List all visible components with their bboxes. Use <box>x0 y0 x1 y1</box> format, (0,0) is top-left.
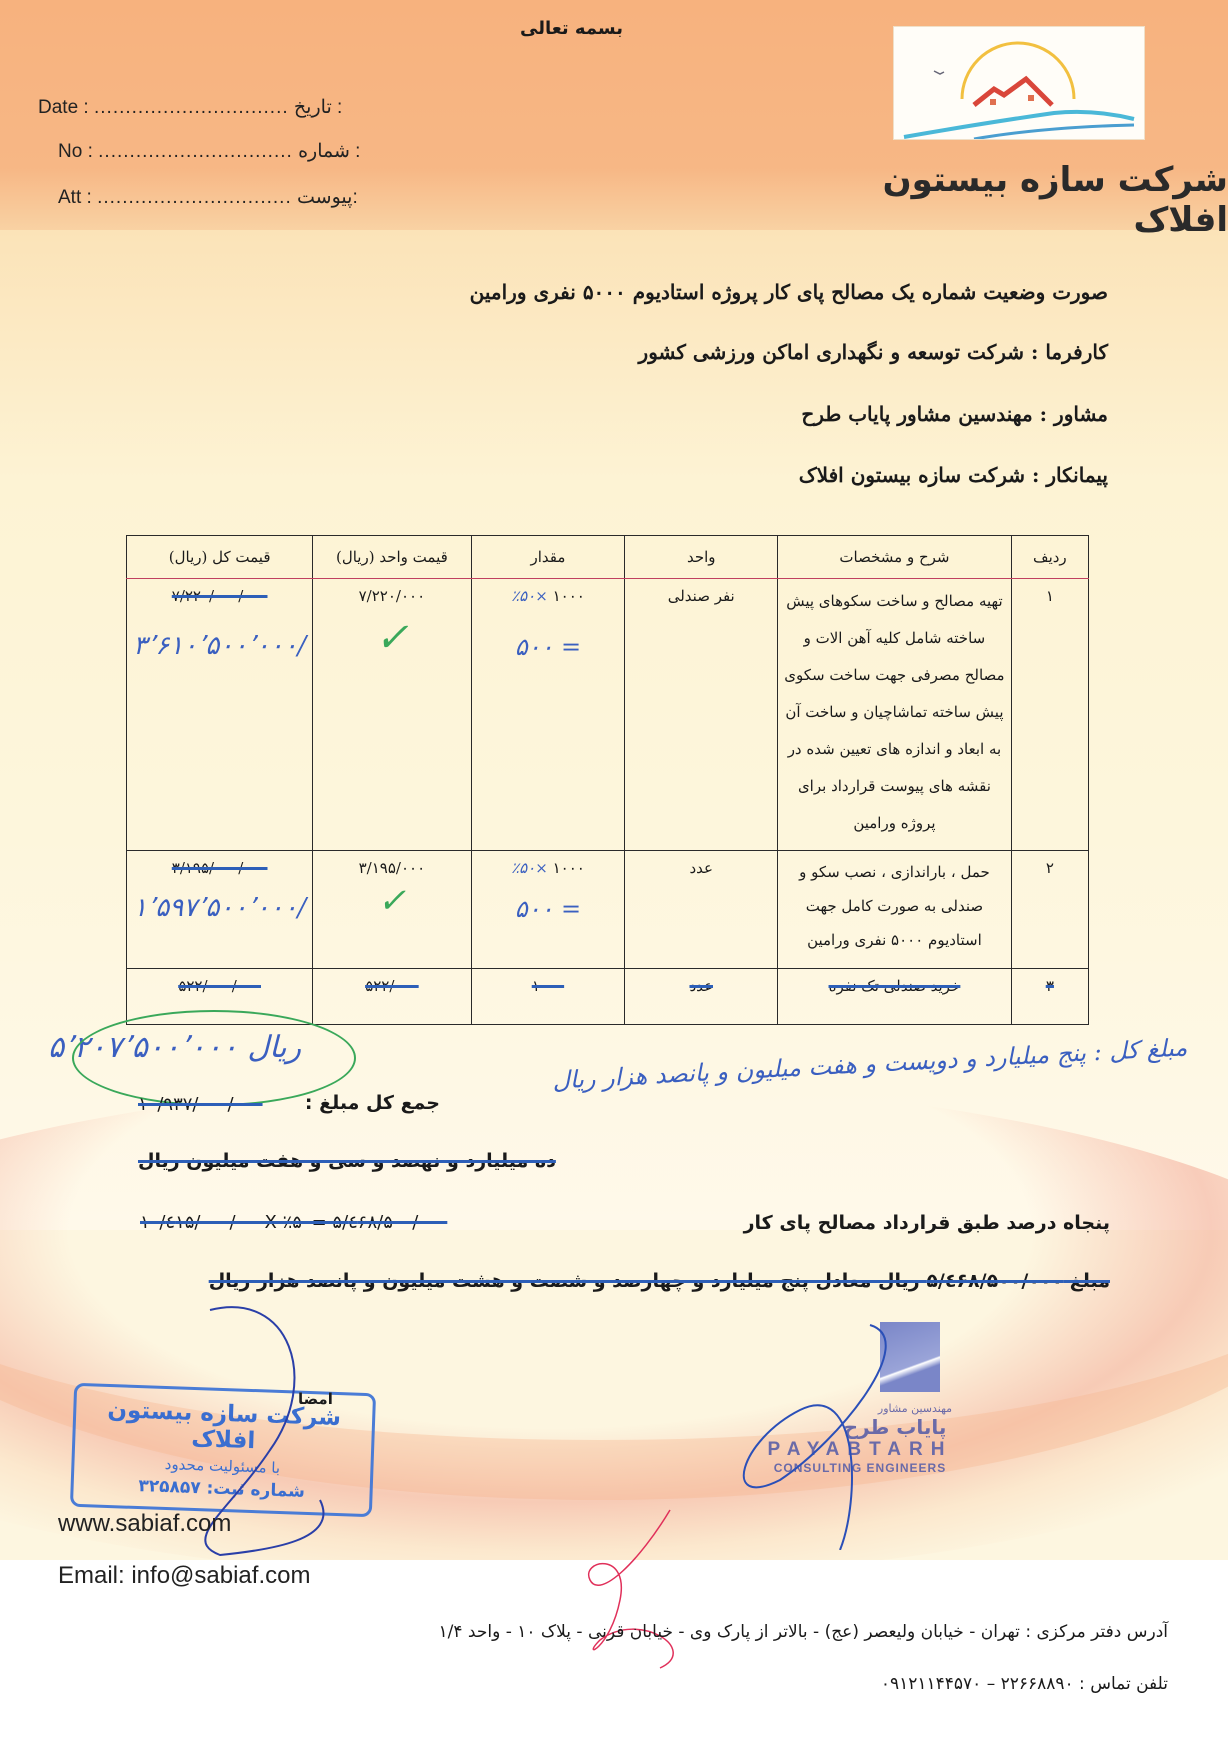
attachment-label-en: Att : <box>58 187 92 208</box>
total-price-struck: ۷/۲۲۰/۰۰۰/۰۰۰ <box>133 587 306 605</box>
contractor-line: پیمانکار : شرکت سازه بیستون افلاک <box>799 463 1108 487</box>
total-label: جمع کل مبلغ : <box>305 1092 440 1114</box>
quantity-value: ۱۰۰۰ <box>553 859 585 877</box>
total-words-struck: ده میلیارد و نهصد و سی و هفت میلیون ریال <box>138 1150 556 1172</box>
col-index: ردیف <box>1011 536 1088 579</box>
quantity-handwritten: = ۵۰۰ <box>478 633 619 661</box>
row-total-price: ۳/۱۹۵/۰۰۰/۰۰۰ ۱٬۵۹۷٬۵۰۰٬۰۰۰/ <box>127 851 313 969</box>
row-description: خرید صندلی تک نفره <box>778 969 1012 1025</box>
table-row: ۲ حمل ، باراندازی ، نصب سکو و صندلی به ص… <box>127 851 1089 969</box>
consultant-line: مشاور : مهندسین مشاور پایاب طرح <box>801 402 1108 426</box>
final-amount-struck: مبلغ ۵/٤۶۸/۵۰۰/۰۰۰ ریال معادل پنج میلیار… <box>209 1270 1110 1292</box>
calc-struck: ۱۰/٤۱۵/۰۰۰/۰۰۰X ٪۵۰= ۵/٤۶۸/۵۰۰/۰۰۰ <box>140 1212 447 1233</box>
date-label-en: Date : <box>38 97 89 118</box>
row-index: ۳ <box>1011 969 1088 1025</box>
row-unit-price: ۷/۲۲۰/۰۰۰ ✓ <box>313 579 471 851</box>
row-description: تهیه مصالح و ساخت سکوهای پیش ساخته شامل … <box>778 579 1012 851</box>
row-description: حمل ، باراندازی ، نصب سکو و صندلی به صور… <box>778 851 1012 969</box>
company-name: شرکت سازه بیستون افلاک <box>820 160 1228 240</box>
date-dots: ............................... <box>94 97 289 118</box>
total-value-struck: ۱۰/۹۳۷/۰۰۰/۰۰۰ <box>138 1094 263 1115</box>
row-unit: نفر صندلی <box>625 579 778 851</box>
company-logo <box>893 26 1145 140</box>
row-unit: عدد <box>625 851 778 969</box>
col-quantity: مقدار <box>471 536 625 579</box>
row-unit-price: ۵۲۲/۰۰۰ <box>313 969 471 1025</box>
total-handwritten: ۱٬۵۹۷٬۵۰۰٬۰۰۰/ <box>133 893 306 923</box>
items-table: ردیف شرح و مشخصات واحد مقدار قیمت واحد (… <box>126 535 1089 1025</box>
col-unit-price: قیمت واحد (ریال) <box>313 536 471 579</box>
table-header-row: ردیف شرح و مشخصات واحد مقدار قیمت واحد (… <box>127 536 1089 579</box>
row-quantity: ۱۰۰۰ ×٪۵۰ = ۵۰۰ <box>471 851 625 969</box>
unit-price-value: ۷/۲۲۰/۰۰۰ <box>319 587 464 605</box>
row-total-price: ۷/۲۲۰/۰۰۰/۰۰۰ ۳٬۶۱۰٬۵۰۰٬۰۰۰/ <box>127 579 313 851</box>
quantity-handwritten: = ۵۰۰ <box>478 895 619 923</box>
total-price-struck: ۳/۱۹۵/۰۰۰/۰۰۰ <box>133 859 306 877</box>
bismillah: بسمه تعالی <box>520 18 623 39</box>
attachment-label-fa: پیوست: <box>297 187 358 208</box>
table-row: ۱ تهیه مصالح و ساخت سکوهای پیش ساخته شام… <box>127 579 1089 851</box>
total-handwritten: ۳٬۶۱۰٬۵۰۰٬۰۰۰/ <box>133 631 306 661</box>
date-field: Date : ............................... ت… <box>38 96 342 119</box>
number-label-fa: شماره : <box>298 141 360 162</box>
row-unit: عدد <box>625 969 778 1025</box>
contact-phone: تلفن تماس : ۲۲۶۶۸۸۹۰ – ۰۹۱۲۱۱۴۴۵۷۰ <box>881 1674 1168 1694</box>
email-link[interactable]: Email: info@sabiaf.com <box>58 1562 310 1590</box>
date-label-fa: تاریخ : <box>294 97 342 118</box>
row-quantity: ۱۰۰۰ <box>471 969 625 1025</box>
quantity-note: ×٪۵۰ <box>511 587 548 605</box>
number-label-en: No : <box>58 141 93 162</box>
check-mark-icon: ✓ <box>319 881 464 921</box>
document-title: صورت وضعیت شماره یک مصالح پای کار پروژه … <box>470 280 1108 304</box>
quantity-note: ×٪۵۰ <box>511 859 548 877</box>
consultant-signature-icon <box>720 1320 920 1550</box>
website-link[interactable]: www.sabiaf.com <box>58 1510 231 1538</box>
quantity-value: ۱۰۰۰ <box>553 587 585 605</box>
unit-price-value: ۳/۱۹۵/۰۰۰ <box>319 859 464 877</box>
row-index: ۱ <box>1011 579 1088 851</box>
red-signature-icon <box>560 1500 720 1670</box>
col-unit: واحد <box>625 536 778 579</box>
house-sun-waves-logo-icon <box>894 27 1144 139</box>
number-field: No : ............................... شما… <box>58 140 360 163</box>
row-index: ۲ <box>1011 851 1088 969</box>
col-total-price: قیمت کل (ریال) <box>127 536 313 579</box>
attachment-field: Att : ............................... پی… <box>58 186 358 209</box>
fifty-percent-label: پنجاه درصد طبق قرارداد مصالح پای کار <box>744 1212 1110 1234</box>
attachment-dots: ............................... <box>97 187 292 208</box>
office-address: آدرس دفتر مرکزی : تهران - خیابان ولیعصر … <box>439 1622 1168 1642</box>
col-description: شرح و مشخصات <box>778 536 1012 579</box>
row-unit-price: ۳/۱۹۵/۰۰۰ ✓ <box>313 851 471 969</box>
employer-line: کارفرما : شرکت توسعه و نگهداری اماکن ورز… <box>639 340 1108 364</box>
row-quantity: ۱۰۰۰ ×٪۵۰ = ۵۰۰ <box>471 579 625 851</box>
number-dots: ............................... <box>98 141 293 162</box>
check-mark-icon: ✓ <box>319 615 464 661</box>
